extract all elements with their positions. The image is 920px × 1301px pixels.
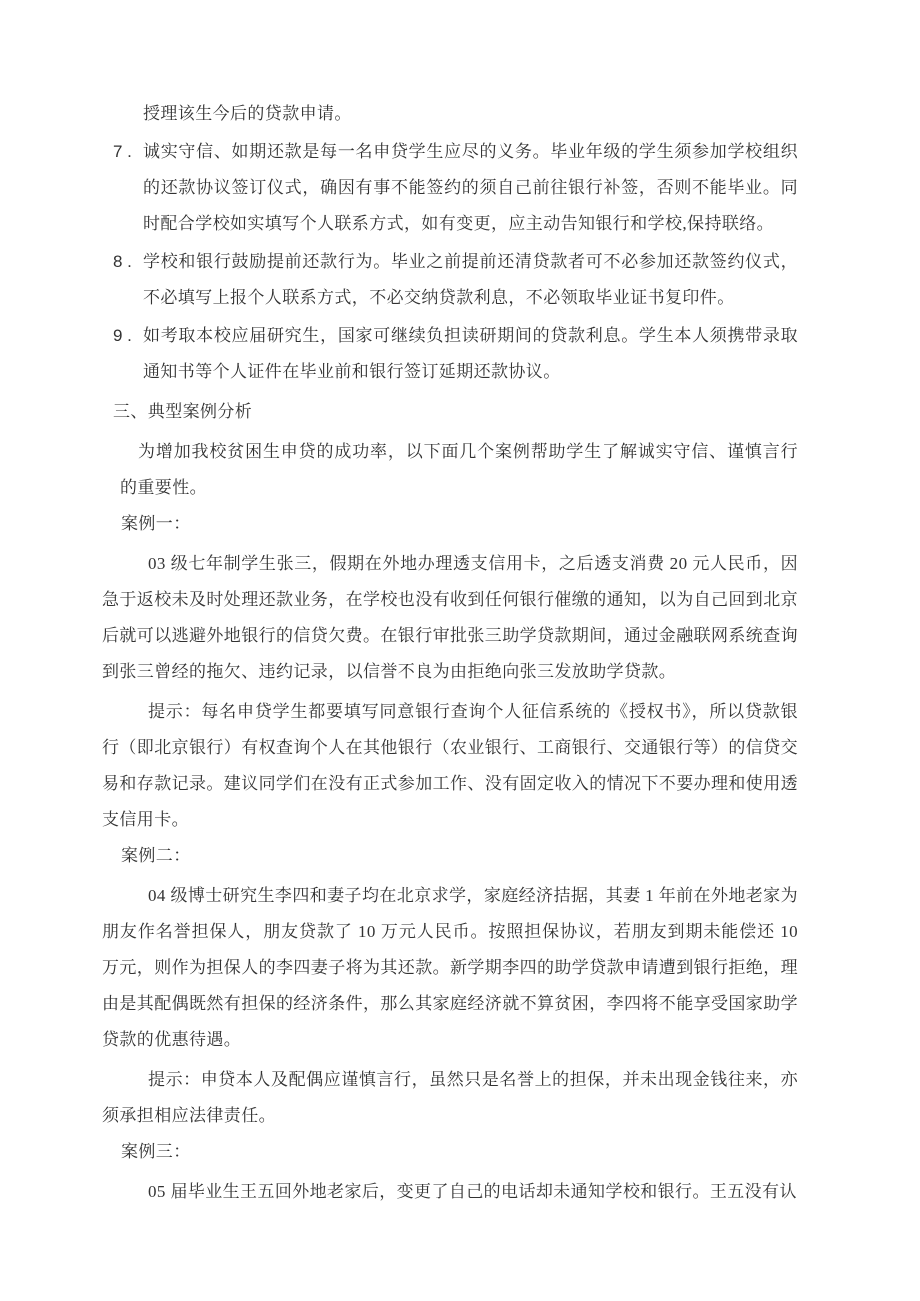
document-page: 授理该生今后的贷款申请。7 .诚实守信、如期还款是每一名申贷学生应尽的义务。毕业… <box>0 0 920 1301</box>
list-item-text: 诚实守信、如期还款是每一名申贷学生应尽的义务。毕业年级的学生须参加学校组织的还款… <box>143 142 798 233</box>
numbered-list-item: 7 .诚实守信、如期还款是每一名申贷学生应尽的义务。毕业年级的学生须参加学校组织… <box>113 134 798 242</box>
list-item-text: 如考取本校应届研究生，国家可继续负担读研期间的贷款利息。学生本人须携带录取通知书… <box>143 326 798 381</box>
case-paragraph: 03 级七年制学生张三，假期在外地办理透支信用卡，之后透支消费 20 元人民币，… <box>102 546 798 690</box>
paragraph-continuation: 授理该生今后的贷款申请。 <box>143 96 798 132</box>
list-item-number: 9 . <box>113 318 143 354</box>
list-item-text: 学校和银行鼓励提前还款行为。毕业之前提前还清贷款者可不必参加还款签约仪式，不必填… <box>143 252 798 307</box>
list-item-number: 8 . <box>113 244 143 280</box>
intro-paragraph: 为增加我校贫困生申贷的成功率，以下面几个案例帮助学生了解诚实守信、谨慎言行的重要… <box>120 434 798 506</box>
case-paragraph: 提示：每名申贷学生都要填写同意银行查询个人征信系统的《授权书》，所以贷款银行（即… <box>102 694 798 838</box>
case-label: 案例二： <box>121 838 798 874</box>
case-paragraph: 04 级博士研究生李四和妻子均在北京求学，家庭经济拮据，其妻 1 年前在外地老家… <box>102 878 798 1058</box>
case-paragraph: 05 届毕业生王五回外地老家后，变更了自己的电话却未通知学校和银行。王五没有认 <box>102 1174 798 1210</box>
numbered-list-item: 8 .学校和银行鼓励提前还款行为。毕业之前提前还清贷款者可不必参加还款签约仪式，… <box>113 244 798 316</box>
document-content: 授理该生今后的贷款申请。7 .诚实守信、如期还款是每一名申贷学生应尽的义务。毕业… <box>102 96 798 1210</box>
numbered-list-item: 9 .如考取本校应届研究生，国家可继续负担读研期间的贷款利息。学生本人须携带录取… <box>113 318 798 390</box>
section-heading: 三、典型案例分析 <box>113 394 798 430</box>
list-item-number: 7 . <box>113 134 143 170</box>
case-label: 案例三： <box>121 1134 798 1170</box>
case-paragraph: 提示：申贷本人及配偶应谨慎言行，虽然只是名誉上的担保，并未出现金钱往来，亦须承担… <box>102 1062 798 1134</box>
case-label: 案例一： <box>121 506 798 542</box>
